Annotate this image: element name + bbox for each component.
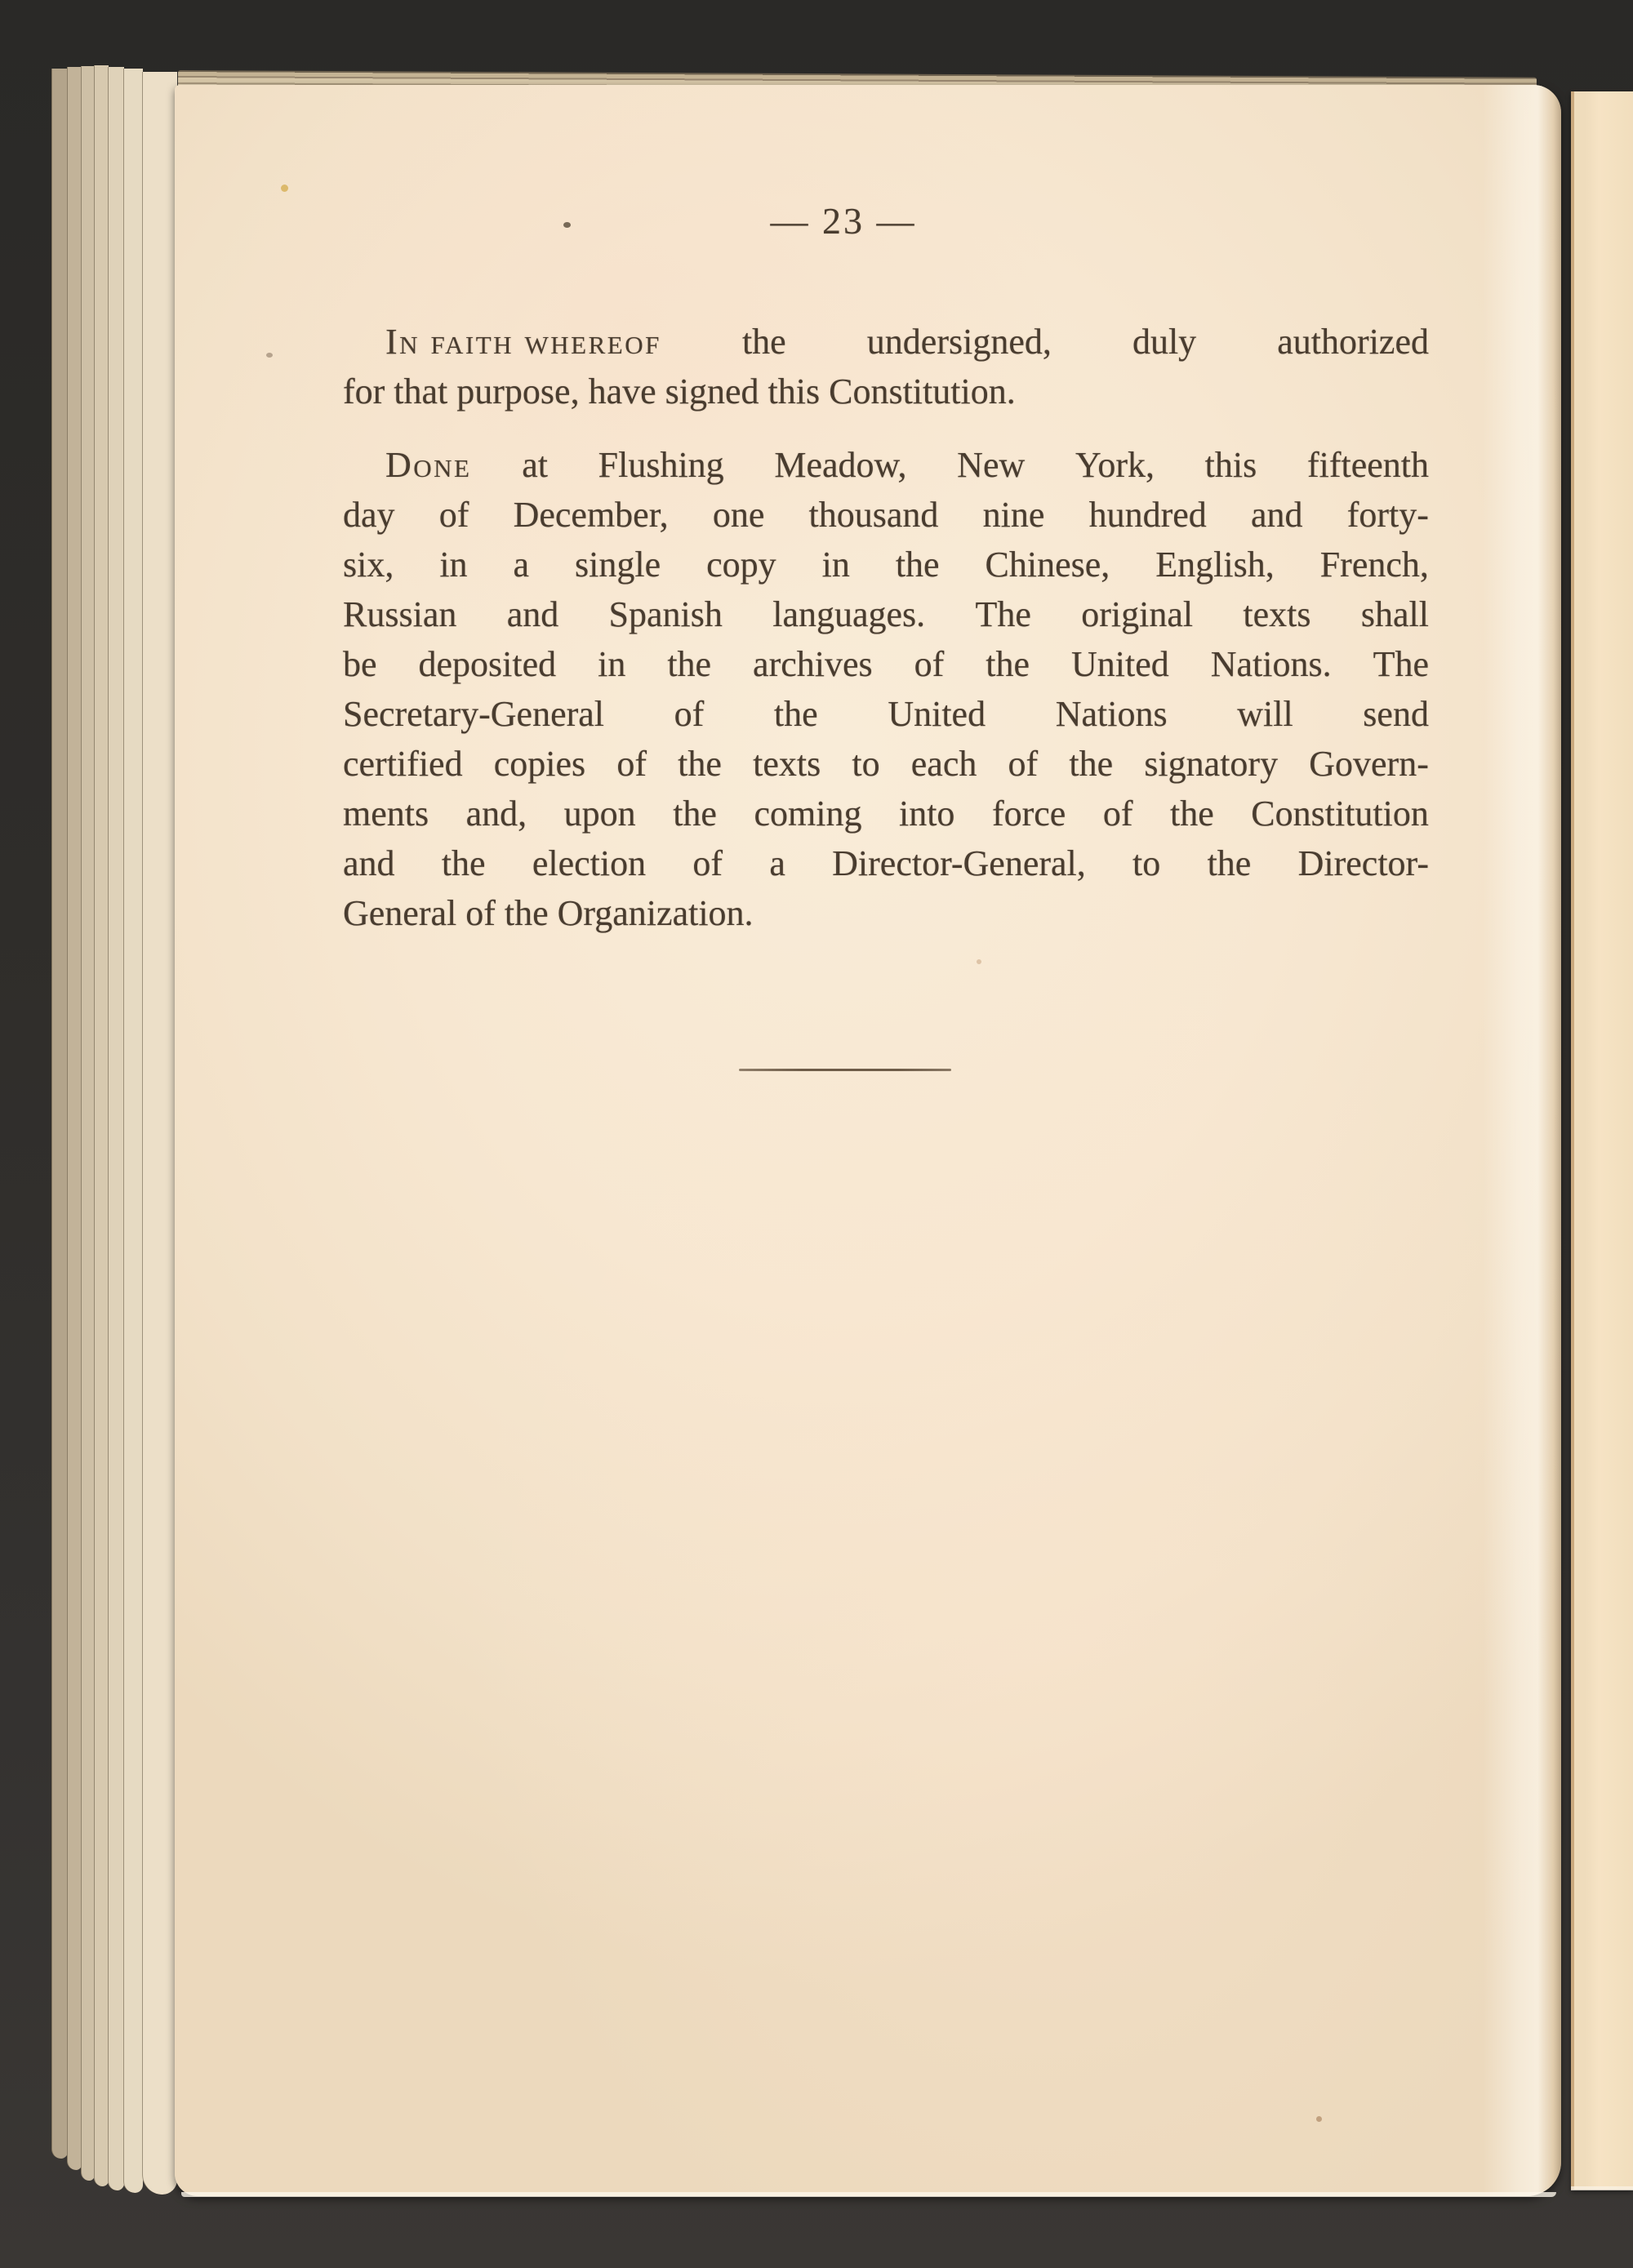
word: and	[507, 589, 559, 639]
paper-speck	[281, 185, 288, 192]
word: authorized	[1277, 317, 1429, 367]
text-line: mentsand,uponthecomingintoforceoftheCons…	[343, 789, 1429, 838]
word: signatory	[1144, 739, 1278, 789]
paragraph: DoneatFlushingMeadow,NewYork,thisfifteen…	[343, 440, 1429, 938]
page-edge-stack	[0, 0, 188, 2268]
word: English,	[1155, 540, 1274, 589]
word: and	[343, 838, 395, 888]
word: the	[1208, 838, 1252, 888]
word: United	[1071, 639, 1169, 689]
word: at	[522, 440, 548, 490]
text-line: In faith whereoftheundersigned,dulyautho…	[343, 317, 1429, 367]
word: copy	[706, 540, 776, 589]
word: the	[1069, 739, 1113, 789]
word: of	[1008, 739, 1039, 789]
word: election	[532, 838, 646, 888]
page-edge-sheet	[94, 65, 109, 2186]
text-line: DoneatFlushingMeadow,NewYork,thisfifteen…	[343, 440, 1429, 490]
word: copies	[494, 739, 585, 789]
word: the	[896, 540, 940, 589]
word: the	[1170, 789, 1214, 838]
word: December,	[514, 490, 669, 540]
word: of	[1103, 789, 1133, 838]
word: thousand	[809, 490, 939, 540]
word: will	[1237, 689, 1293, 739]
word: one	[713, 490, 765, 540]
word: Govern-	[1309, 739, 1429, 789]
word: day	[343, 490, 395, 540]
word: of	[692, 838, 723, 888]
word: of	[439, 490, 469, 540]
word: Director-General,	[832, 838, 1086, 888]
word: Chinese,	[986, 540, 1110, 589]
word: fifteenth	[1307, 440, 1429, 490]
underlying-page-edge	[1571, 91, 1633, 2190]
word: the	[442, 838, 486, 888]
word: Meadow,	[774, 440, 906, 490]
text-line: RussianandSpanishlanguages.Theoriginalte…	[343, 589, 1429, 639]
word: shall	[1361, 589, 1429, 639]
word: texts	[753, 739, 821, 789]
page-edge-sheet	[81, 66, 95, 2181]
word: The	[976, 589, 1031, 639]
word: New	[957, 440, 1025, 490]
page-edge-sheet	[108, 67, 124, 2190]
word: in	[822, 540, 850, 589]
page-number: — 23 —	[300, 196, 1386, 246]
word: to	[852, 739, 879, 789]
word: texts	[1243, 589, 1310, 639]
word: forty-	[1347, 490, 1429, 540]
text-line: General of the Organization.	[343, 888, 1429, 938]
text-line: andtheelectionofaDirector-General,totheD…	[343, 838, 1429, 888]
word: to	[1132, 838, 1160, 888]
word: this	[1205, 440, 1257, 490]
word: single	[575, 540, 661, 589]
word: the	[678, 739, 722, 789]
paper-speck	[1316, 2116, 1322, 2122]
word: languages.	[772, 589, 925, 639]
page-edge-sheet	[123, 69, 143, 2193]
word: the	[742, 317, 786, 367]
word: the	[774, 689, 818, 739]
word: ments	[343, 789, 429, 838]
body-text: In faith whereoftheundersigned,dulyautho…	[343, 317, 1429, 938]
word: a	[514, 540, 530, 589]
word: the	[673, 789, 717, 838]
word: archives	[753, 639, 873, 689]
word: Director-	[1298, 838, 1429, 888]
word: York,	[1075, 440, 1155, 490]
word: duly	[1132, 317, 1196, 367]
page-curl-highlight	[1483, 85, 1561, 2196]
paper-speck	[977, 959, 981, 964]
word: certified	[343, 739, 463, 789]
word: the	[986, 639, 1030, 689]
text-line: six,inasinglecopyintheChinese,English,Fr…	[343, 540, 1429, 589]
word: Flushing	[598, 440, 724, 490]
word: of	[674, 689, 705, 739]
word: a	[769, 838, 785, 888]
word: Nations	[1056, 689, 1168, 739]
ink-speck	[563, 222, 571, 228]
paragraph: In faith whereoftheundersigned,dulyautho…	[343, 317, 1429, 416]
paper-speck	[266, 353, 273, 358]
word: in	[439, 540, 467, 589]
word: The	[1373, 639, 1429, 689]
word: Nations.	[1211, 639, 1332, 689]
text-line: dayofDecember,onethousandninehundredandf…	[343, 490, 1429, 540]
word: in	[598, 639, 625, 689]
text-line: bedepositedinthearchivesoftheUnitedNatio…	[343, 639, 1429, 689]
word: coming	[754, 789, 861, 838]
word: each	[911, 739, 977, 789]
word: and	[1251, 490, 1303, 540]
page-edge-sheet	[142, 72, 177, 2195]
word: Russian	[343, 589, 456, 639]
word: and,	[466, 789, 527, 838]
word: Spanish	[609, 589, 723, 639]
word: undersigned,	[867, 317, 1052, 367]
text-line: for that purpose, have signed this Const…	[343, 367, 1429, 416]
word: send	[1363, 689, 1429, 739]
text-line: certifiedcopiesofthetextstoeachofthesign…	[343, 739, 1429, 789]
word: into	[899, 789, 954, 838]
word: of	[616, 739, 647, 789]
word: upon	[564, 789, 636, 838]
word: be	[343, 639, 377, 689]
word: Secretary-General	[343, 689, 604, 739]
word: hundred	[1089, 490, 1207, 540]
word: six,	[343, 540, 394, 589]
word: force	[992, 789, 1066, 838]
page-edge-sheet	[51, 69, 68, 2159]
word: the	[667, 639, 711, 689]
word: nine	[983, 490, 1045, 540]
word: United	[888, 689, 986, 739]
scan-photo: — 23 — In faith whereoftheundersigned,du…	[0, 0, 1633, 2268]
word: Constitution	[1251, 789, 1429, 838]
word: French,	[1320, 540, 1429, 589]
word: original	[1081, 589, 1193, 639]
word: of	[914, 639, 945, 689]
section-divider	[739, 1069, 951, 1071]
small-caps-lead: Done	[385, 440, 472, 490]
text-line: Secretary-GeneraloftheUnitedNationswills…	[343, 689, 1429, 739]
page-edge-sheet	[67, 67, 82, 2170]
small-caps-lead: In faith whereof	[385, 317, 661, 367]
word: deposited	[419, 639, 557, 689]
